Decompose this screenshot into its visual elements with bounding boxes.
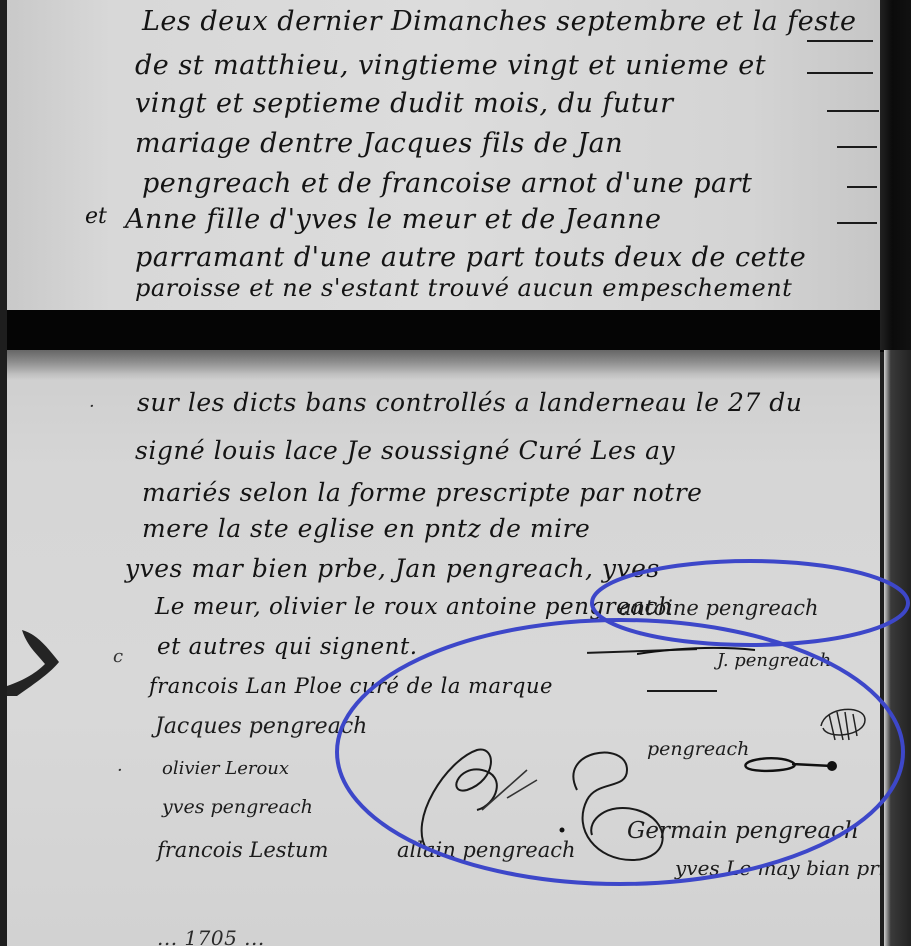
signature: antoine pengreach bbox=[619, 596, 819, 620]
signature: Jacques pengreach bbox=[155, 714, 367, 739]
line-fill-rule bbox=[847, 186, 877, 188]
scanned-register-page: et Les deux dernier Dimanches septembre … bbox=[7, 0, 911, 946]
text-line: mariage dentre Jacques fils de Jan bbox=[135, 128, 623, 159]
text-line: sur les dicts bans controllés a landerne… bbox=[137, 388, 802, 417]
text-line: francois Lan Ploe curé de la marque bbox=[149, 674, 553, 698]
scan-gap-band bbox=[7, 310, 911, 352]
text-line: Anne fille d'yves le meur et de Jeanne bbox=[125, 204, 662, 235]
text-line: yves mar bien prbe, Jan pengreach, yves bbox=[125, 554, 660, 583]
text-line: vingt et septieme dudit mois, du futur bbox=[135, 88, 673, 119]
line-fill-rule bbox=[827, 110, 879, 112]
margin-note: et bbox=[85, 204, 107, 229]
text-line-partial: ... 1705 ... bbox=[157, 926, 265, 946]
signature-flourish-icon bbox=[387, 710, 687, 880]
text-line: Le meur, olivier le roux antoine pengrea… bbox=[155, 594, 673, 620]
text-line: mere la ste eglise en pntz de mire bbox=[142, 514, 590, 543]
line-fill-rule bbox=[807, 72, 873, 74]
ink-blot bbox=[7, 622, 67, 702]
text-line: pengreach et de francoise arnot d'une pa… bbox=[142, 168, 752, 199]
signature: olivier Leroux bbox=[162, 758, 289, 779]
signature: yves Le may bian prbe bbox=[675, 856, 903, 880]
top-document-fragment: et Les deux dernier Dimanches septembre … bbox=[7, 0, 880, 312]
text-line: mariés selon la forme prescripte par not… bbox=[142, 478, 702, 507]
margin-dot: · bbox=[89, 396, 95, 417]
dash-flourish-icon bbox=[637, 620, 757, 660]
text-line: et autres qui signent. bbox=[157, 634, 418, 660]
line-fill-rule bbox=[647, 690, 717, 692]
scribble-mark-icon bbox=[815, 696, 875, 756]
text-line: Les deux dernier Dimanches septembre et … bbox=[142, 6, 856, 37]
page-right-edge bbox=[884, 350, 911, 946]
text-line: signé louis lace Je soussigné Curé Les a… bbox=[135, 436, 675, 465]
line-fill-rule bbox=[807, 40, 873, 42]
signature: francois Lestum bbox=[157, 838, 328, 862]
margin-dot: · bbox=[117, 760, 123, 781]
text-line: paroisse et ne s'estant trouvé aucun emp… bbox=[135, 274, 792, 302]
margin-mark: c bbox=[113, 646, 123, 667]
text-line: parramant d'une autre part touts deux de… bbox=[135, 242, 806, 273]
signature: yves pengreach bbox=[162, 796, 313, 818]
scan-right-border bbox=[880, 0, 911, 350]
line-fill-rule bbox=[837, 146, 877, 148]
text-line: de st matthieu, vingtieme vingt et uniem… bbox=[135, 50, 766, 81]
bottom-document-fragment: · sur les dicts bans controllés a lander… bbox=[7, 350, 880, 946]
line-fill-rule bbox=[837, 222, 877, 224]
